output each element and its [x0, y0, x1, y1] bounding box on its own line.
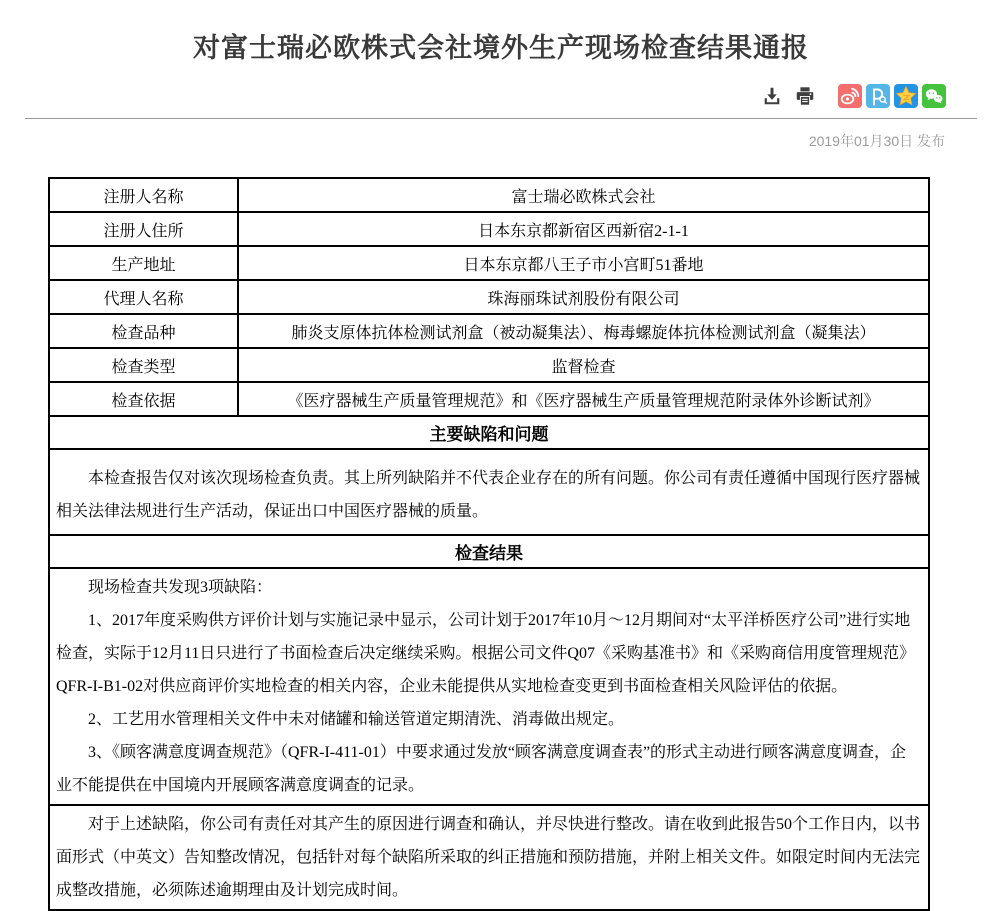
download-button[interactable] [761, 85, 783, 107]
share-qzone-button[interactable] [894, 84, 918, 108]
row-label: 检查品种 [49, 314, 238, 348]
paragraph: 3、《顾客满意度调查规范》（QFR-I-411-01）中要求通过发放“顾客满意度… [56, 736, 922, 802]
row-value: 肺炎支原体抗体检测试剂盒（被动凝集法）、梅毒螺旋体抗体检测试剂盒（凝集法） [238, 314, 929, 348]
share-weibo-button[interactable] [838, 84, 862, 108]
table-row: 检查品种 肺炎支原体抗体检测试剂盒（被动凝集法）、梅毒螺旋体抗体检测试剂盒（凝集… [49, 314, 929, 348]
footer-row: 对于上述缺陷，你公司有责任对其产生的原因进行调查和确认，并尽快进行整改。请在收到… [49, 805, 929, 910]
share-tencent-icon [866, 84, 890, 108]
footer-cell: 对于上述缺陷，你公司有责任对其产生的原因进行调查和确认，并尽快进行整改。请在收到… [49, 805, 929, 910]
section-body-row: 本检查报告仅对该次现场检查负责。其上所列缺陷并不代表企业存在的所有问题。你公司有… [49, 449, 929, 535]
share-wechat-button[interactable] [922, 84, 946, 108]
row-value: 日本东京都八王子市小宫町51番地 [238, 246, 929, 280]
share-weibo-icon [838, 84, 862, 108]
section-title-defects: 主要缺陷和问题 [49, 416, 929, 449]
share-wechat-icon [922, 84, 946, 108]
section-body-results: 现场检查共发现3项缺陷： 1、2017年度采购供方评价计划与实施记录中显示，公司… [49, 568, 929, 805]
row-label: 注册人名称 [49, 178, 238, 212]
table-row: 代理人名称 珠海丽珠试剂股份有限公司 [49, 280, 929, 314]
row-label: 生产地址 [49, 246, 238, 280]
row-label: 代理人名称 [49, 280, 238, 314]
row-value: 监督检查 [238, 348, 929, 382]
share-buttons [834, 84, 946, 108]
row-label: 检查依据 [49, 382, 238, 416]
table-row: 生产地址 日本东京都八王子市小宫町51番地 [49, 246, 929, 280]
row-label: 注册人住所 [49, 212, 238, 246]
section-title-results: 检查结果 [49, 535, 929, 568]
row-value: 珠海丽珠试剂股份有限公司 [238, 280, 929, 314]
table-row: 注册人住所 日本东京都新宿区西新宿2-1-1 [49, 212, 929, 246]
row-value: 富士瑞必欧株式会社 [238, 178, 929, 212]
paragraph: 2、工艺用水管理相关文件中未对储罐和输送管道定期清洗、消毒做出规定。 [56, 703, 922, 736]
share-tencent-button[interactable] [866, 84, 890, 108]
table-row: 注册人名称 富士瑞必欧株式会社 [49, 178, 929, 212]
row-value: 日本东京都新宿区西新宿2-1-1 [238, 212, 929, 246]
page: 对富士瑞必欧株式会社境外生产现场检查结果通报 [0, 0, 1002, 911]
print-icon [794, 85, 816, 107]
paragraph: 1、2017年度采购供方评价计划与实施记录中显示，公司计划于2017年10月～1… [56, 604, 922, 703]
table-row: 检查依据 《医疗器械生产质量管理规范》和《医疗器械生产质量管理规范附录体外诊断试… [49, 382, 929, 416]
row-value: 《医疗器械生产质量管理规范》和《医疗器械生产质量管理规范附录体外诊断试剂》 [238, 382, 929, 416]
download-icon [761, 85, 783, 107]
publish-date: 2019年01月30日 发布 [0, 131, 1002, 151]
print-button[interactable] [794, 85, 816, 107]
paragraph: 本检查报告仅对该次现场检查负责。其上所列缺陷并不代表企业存在的所有问题。你公司有… [56, 462, 922, 528]
table-row: 检查类型 监督检查 [49, 348, 929, 382]
section-body-row: 现场检查共发现3项缺陷： 1、2017年度采购供方评价计划与实施记录中显示，公司… [49, 568, 929, 805]
section-header-row: 主要缺陷和问题 [49, 416, 929, 449]
header-divider [25, 118, 977, 119]
footer-paragraph: 对于上述缺陷，你公司有责任对其产生的原因进行调查和确认，并尽快进行整改。请在收到… [56, 808, 922, 907]
paragraph: 现场检查共发现3项缺陷： [56, 571, 922, 604]
inspection-result-table: 注册人名称 富士瑞必欧株式会社 注册人住所 日本东京都新宿区西新宿2-1-1 生… [48, 177, 930, 911]
section-body-defects: 本检查报告仅对该次现场检查负责。其上所列缺陷并不代表企业存在的所有问题。你公司有… [49, 449, 929, 535]
row-label: 检查类型 [49, 348, 238, 382]
share-qzone-icon [894, 84, 918, 108]
page-title: 对富士瑞必欧株式会社境外生产现场检查结果通报 [0, 18, 1002, 83]
toolbar [0, 83, 1002, 109]
section-header-row: 检查结果 [49, 535, 929, 568]
